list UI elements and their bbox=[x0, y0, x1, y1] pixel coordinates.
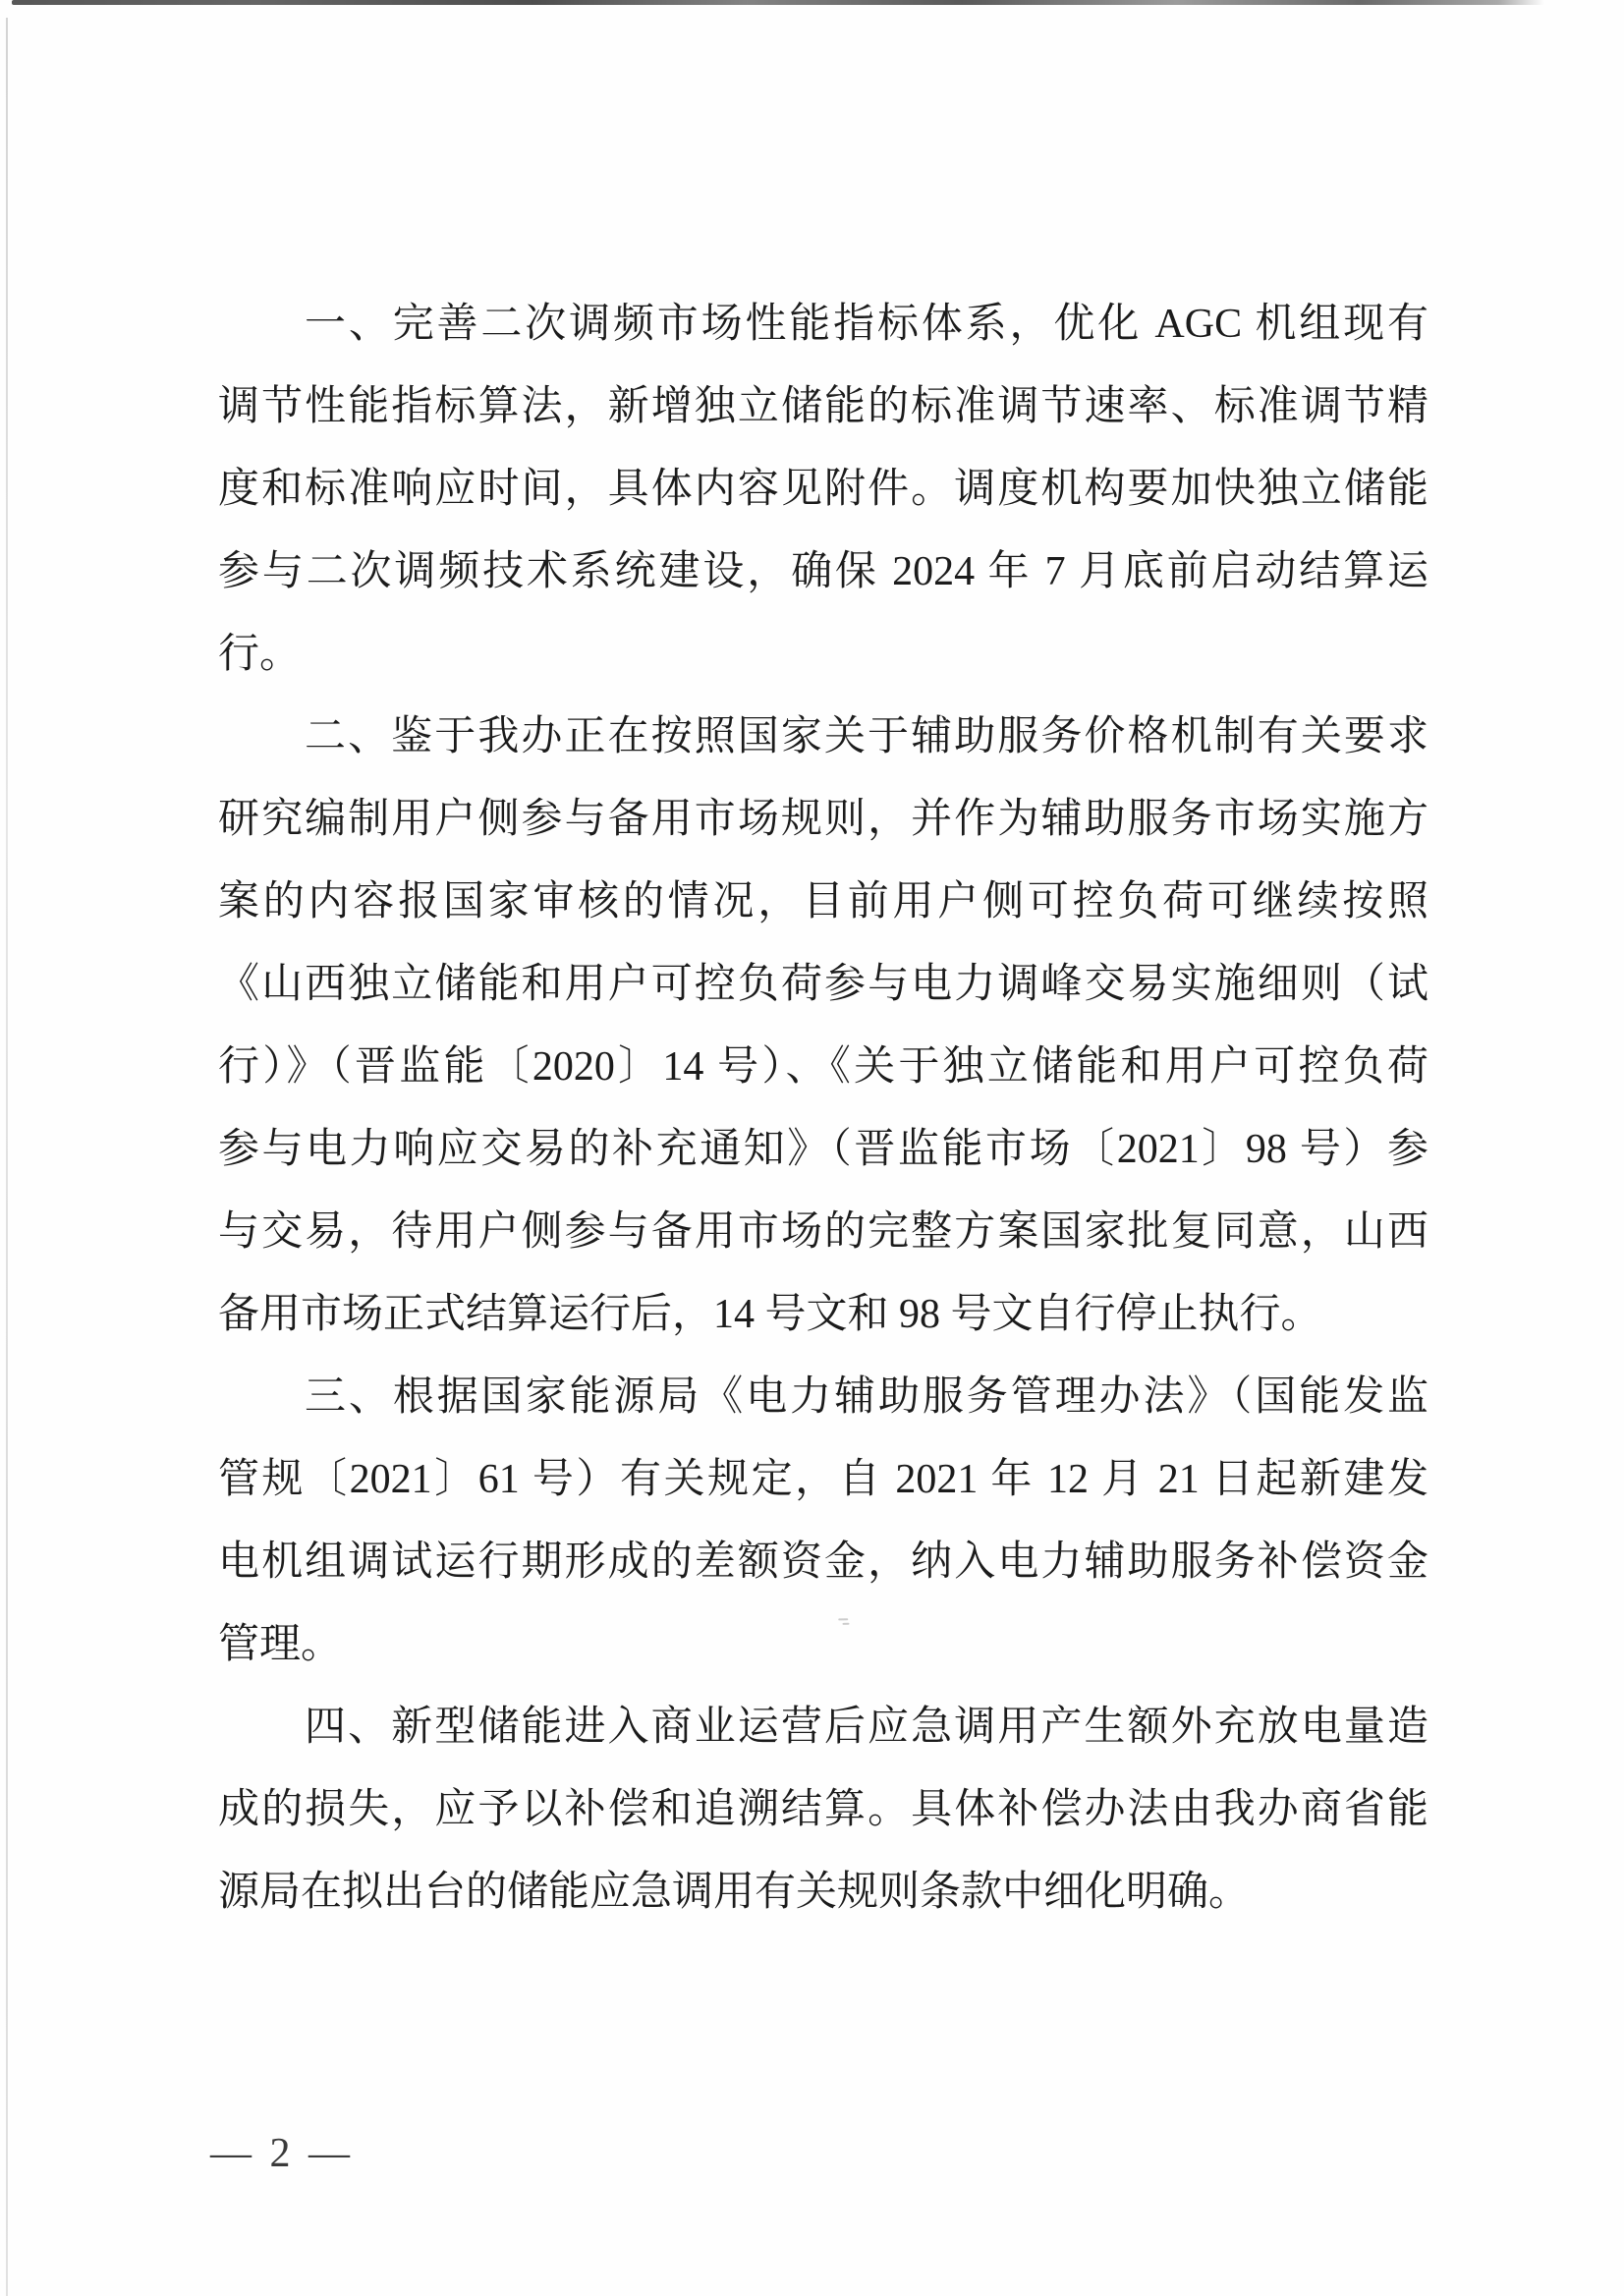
text-line: 调节性能指标算法，新增独立储能的标准调节速率、标准调节精 bbox=[218, 365, 1428, 448]
text-line: 行）》（晋监能〔2020〕14 号）、《关于独立储能和用户可控负荷 bbox=[218, 1026, 1428, 1108]
text-line: 管理。 bbox=[218, 1603, 1428, 1686]
text-line: 案的内容报国家审核的情况，目前用户侧可控负荷可继续按照 bbox=[218, 861, 1428, 943]
text-line: 四、新型储能进入商业运营后应急调用产生额外充放电量造 bbox=[218, 1686, 1428, 1768]
text-line: 成的损失，应予以补偿和追溯结算。具体补偿办法由我办商省能 bbox=[218, 1768, 1428, 1851]
text-line: 参与二次调频技术系统建设，确保 2024 年 7 月底前启动结算运 bbox=[218, 531, 1428, 613]
text-line: 电机组调试运行期形成的差额资金，纳入电力辅助服务补偿资金 bbox=[218, 1521, 1428, 1603]
paragraph: 一、完善二次调频市场性能指标体系，优化 AGC 机组现有调节性能指标算法，新增独… bbox=[218, 283, 1428, 696]
text-line: 行。 bbox=[218, 613, 1428, 696]
paragraph: 二、鉴于我办正在按照国家关于辅助服务价格机制有关要求研究编制用户侧参与备用市场规… bbox=[218, 696, 1428, 1356]
text-line: 源局在拟出台的储能应急调用有关规则条款中细化明确。 bbox=[218, 1851, 1428, 1933]
text-line: 备用市场正式结算运行后，14 号文和 98 号文自行停止执行。 bbox=[218, 1273, 1428, 1356]
paragraph: 三、根据国家能源局《电力辅助服务管理办法》（国能发监管规〔2021〕61 号）有… bbox=[218, 1356, 1428, 1686]
text-line: 一、完善二次调频市场性能指标体系，优化 AGC 机组现有 bbox=[218, 283, 1428, 365]
scan-artifact-top-edge bbox=[12, 0, 1544, 5]
scan-artifact-left-edge bbox=[6, 18, 8, 2296]
text-line: 管规〔2021〕61 号）有关规定，自 2021 年 12 月 21 日起新建发 bbox=[218, 1438, 1428, 1521]
text-line: 《山西独立储能和用户可控负荷参与电力调峰交易实施细则（试 bbox=[218, 943, 1428, 1026]
document-page: 一、完善二次调频市场性能指标体系，优化 AGC 机组现有调节性能指标算法，新增独… bbox=[0, 0, 1624, 2296]
page-number: — 2 — bbox=[210, 2130, 354, 2177]
text-line: 与交易，待用户侧参与备用市场的完整方案国家批复同意，山西 bbox=[218, 1191, 1428, 1273]
paragraph: 四、新型储能进入商业运营后应急调用产生额外充放电量造成的损失，应予以补偿和追溯结… bbox=[218, 1686, 1428, 1933]
text-line: 研究编制用户侧参与备用市场规则，并作为辅助服务市场实施方 bbox=[218, 778, 1428, 861]
text-line: 二、鉴于我办正在按照国家关于辅助服务价格机制有关要求 bbox=[218, 696, 1428, 778]
text-block: 一、完善二次调频市场性能指标体系，优化 AGC 机组现有调节性能指标算法，新增独… bbox=[218, 283, 1428, 1933]
text-line: 度和标准响应时间，具体内容见附件。调度机构要加快独立储能 bbox=[218, 448, 1428, 531]
text-line: 三、根据国家能源局《电力辅助服务管理办法》（国能发监 bbox=[218, 1356, 1428, 1438]
text-line: 参与电力响应交易的补充通知》（晋监能市场〔2021〕98 号）参 bbox=[218, 1108, 1428, 1191]
